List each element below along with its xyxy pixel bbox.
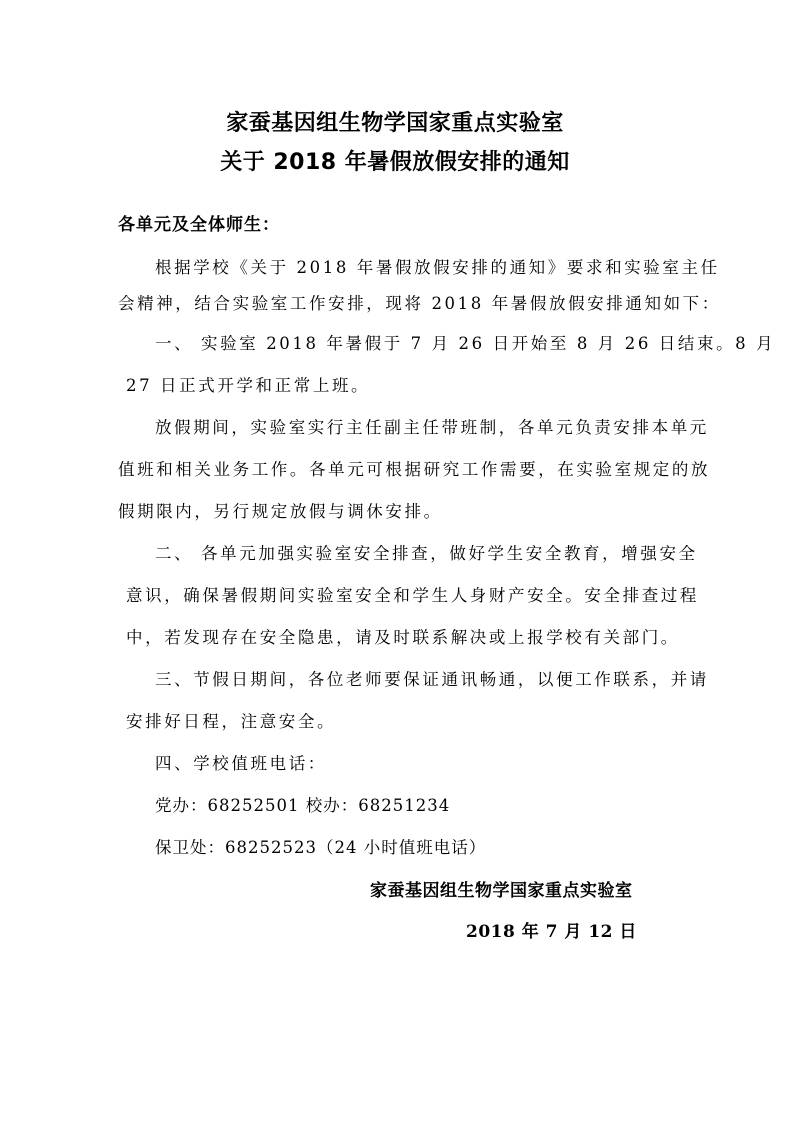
document-title-line2: 关于 2018 年暑假放假安排的通知 (0, 145, 790, 176)
phone-line-2: 保卫处：68252523（24 小时值班电话） (155, 834, 486, 858)
intro-line-1: 根据学校《关于 2018 年暑假放假安排的通知》要求和实验室主任 (155, 254, 720, 278)
duty-line-1: 放假期间，实验室实行主任副主任带班制，各单元负责安排本单元 (155, 414, 709, 438)
document-page: 家蚕基因组生物学国家重点实验室 关于 2018 年暑假放假安排的通知 各单元及全… (0, 0, 790, 1121)
section-2-line-3: 中，若发现存在安全隐患，请及时联系解决或上报学校有关部门。 (126, 624, 680, 648)
salutation: 各单元及全体师生： (118, 210, 280, 235)
section-1-line-2: 27 日正式开学和正常上班。 (126, 372, 370, 396)
section-4-heading: 四、学校值班电话： (155, 750, 327, 774)
duty-line-3: 假期限内，另行规定放假与调休安排。 (118, 498, 443, 522)
signature-date: 2018 年 7 月 12 日 (466, 917, 637, 942)
duty-line-2: 值班和相关业务工作。各单元可根据研究工作需要，在实验室规定的放 (118, 456, 710, 480)
section-2-line-2: 意识，确保暑假期间实验室安全和学生人身财产安全。安全排查过程 (126, 582, 699, 606)
document-title-line1: 家蚕基因组生物学国家重点实验室 (0, 106, 790, 137)
section-3-line-2: 安排好日程，注意安全。 (126, 708, 336, 732)
signature-org: 家蚕基因组生物学国家重点实验室 (370, 876, 633, 901)
intro-line-2: 会精神，结合实验室工作安排，现将 2018 年暑假放假安排通知如下： (118, 290, 721, 314)
phone-line-1: 党办：68252501 校办：68251234 (155, 792, 450, 816)
section-1-line-1: 一、 实验室 2018 年暑假于 7 月 26 日开始至 8 月 26 日结束。… (155, 330, 775, 354)
section-2-line-1: 二、 各单元加强实验室安全排查，做好学生安全教育，增强安全 (155, 540, 698, 564)
section-3-line-1: 三、节假日期间，各位老师要保证通讯畅通，以便工作联系，并请 (155, 666, 709, 690)
